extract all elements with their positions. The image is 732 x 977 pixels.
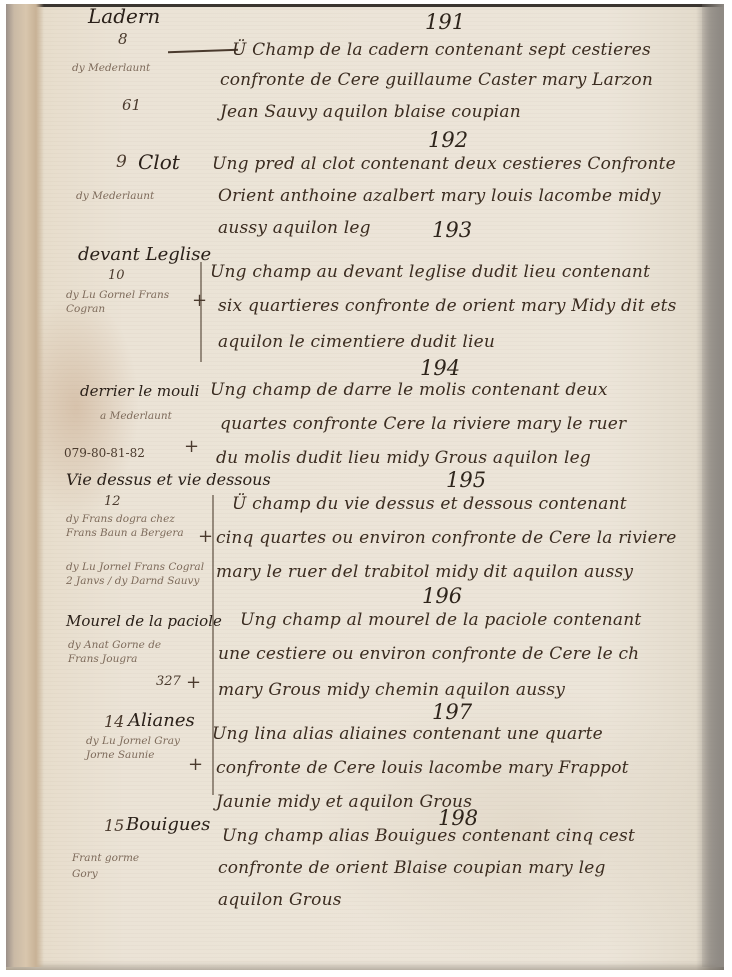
margin-place: Ladern [88, 4, 160, 28]
margin-owner: dy Anat Gorne de Frans Jougra [68, 638, 188, 666]
margin-number: 12 [104, 494, 121, 509]
entry-line: confronte de Cere guillaume Caster mary … [220, 70, 653, 90]
margin-place: Mourel de la paciole [66, 612, 222, 630]
entry-line: Ung champ al mourel de la paciole conten… [240, 610, 641, 630]
binding-edge [6, 4, 44, 967]
margin-number: 8 [118, 30, 128, 48]
entry-line: Jaunie midy et aquilon Grous [216, 792, 472, 812]
margin-owner: Frant gorme Gory [72, 850, 162, 882]
entry-line: aquilon le cimentiere dudit lieu [218, 332, 495, 352]
entry-line: Ung champ au devant leglise dudit lieu c… [210, 262, 650, 282]
entry-line: une cestiere ou environ confronte de Cer… [218, 644, 639, 664]
entry-line: du molis dudit lieu midy Grous aquilon l… [216, 448, 591, 468]
margin-number: 10 [108, 268, 125, 283]
entry-line: confronte de Cere louis lacombe mary Fra… [216, 758, 629, 778]
cross-mark: + [186, 672, 201, 693]
margin-place: Bouigues [126, 814, 210, 835]
entry-line: quartes confronte Cere la riviere mary l… [220, 414, 626, 434]
margin-owner: dy Lu Jornel Gray Jorne Saunie [86, 734, 196, 762]
entry-line: Ung champ alias Bouigues contenant cinq … [222, 826, 635, 846]
margin-place: derrier le mouli [80, 382, 199, 400]
entry-number: 191 [425, 10, 465, 34]
margin-number: 15 [104, 816, 124, 835]
entry-number: 192 [428, 128, 468, 152]
entry-line: Orient anthoine azalbert mary louis laco… [218, 186, 661, 206]
cross-mark: + [192, 290, 207, 311]
cross-mark: + [184, 436, 199, 457]
entry-line: six quartieres confronte de orient mary … [218, 296, 677, 316]
margin-owner: dy Mederlaunt [72, 62, 150, 74]
entry-line: Ung champ de darre le molis contenant de… [210, 380, 608, 400]
entry-line: aquilon Grous [218, 890, 342, 910]
margin-owner: dy Lu Gornel Frans Cogran [66, 288, 176, 316]
entry-line: Ung lina alias aliaines contenant une qu… [212, 724, 603, 744]
page-edge-shadow [702, 4, 724, 967]
margin-bracket [200, 262, 202, 362]
margin-extra: 079-80-81-82 [64, 446, 145, 460]
margin-owner: dy Frans dogra chez Frans Baun a Bergera [66, 512, 196, 540]
margin-place: Clot [138, 150, 180, 174]
margin-extra: 327 [156, 674, 181, 689]
entry-line: mary le ruer del trabitol midy dit aquil… [216, 562, 633, 582]
margin-extra: dy Lu Jornel Frans Cogral 2 Janvs / dy D… [66, 560, 206, 588]
entry-number: 194 [420, 356, 460, 380]
entry-line: cinq quartes ou environ confronte de Cer… [216, 528, 677, 548]
cross-mark: + [198, 526, 213, 547]
entry-line: Ung pred al clot contenant deux cestiere… [212, 154, 676, 174]
entry-line: mary Grous midy chemin aquilon aussy [218, 680, 565, 700]
entry-line: confronte de orient Blaise coupian mary … [218, 858, 606, 878]
entry-number: 193 [432, 218, 472, 242]
margin-extra: 61 [122, 96, 141, 114]
margin-place: devant Leglise [78, 244, 211, 265]
entry-number: 197 [432, 700, 472, 724]
entry-line: Ü Champ de la cadern contenant sept cest… [232, 40, 651, 60]
margin-number: 14 [104, 712, 124, 731]
cross-mark: + [188, 754, 203, 775]
entry-number: 195 [446, 468, 486, 492]
margin-number: 9 [116, 152, 127, 172]
margin-place: Vie dessus et vie dessous [66, 470, 271, 489]
entry-line: Jean Sauvy aquilon blaise coupian [220, 102, 521, 122]
margin-owner: a Mederlaunt [100, 410, 172, 422]
entry-line: Ü champ du vie dessus et dessous contena… [232, 494, 627, 514]
margin-owner: dy Mederlaunt [76, 190, 154, 202]
margin-place: Alianes [128, 710, 195, 731]
entry-number: 196 [422, 584, 462, 608]
entry-line: aussy aquilon leg [218, 218, 371, 238]
